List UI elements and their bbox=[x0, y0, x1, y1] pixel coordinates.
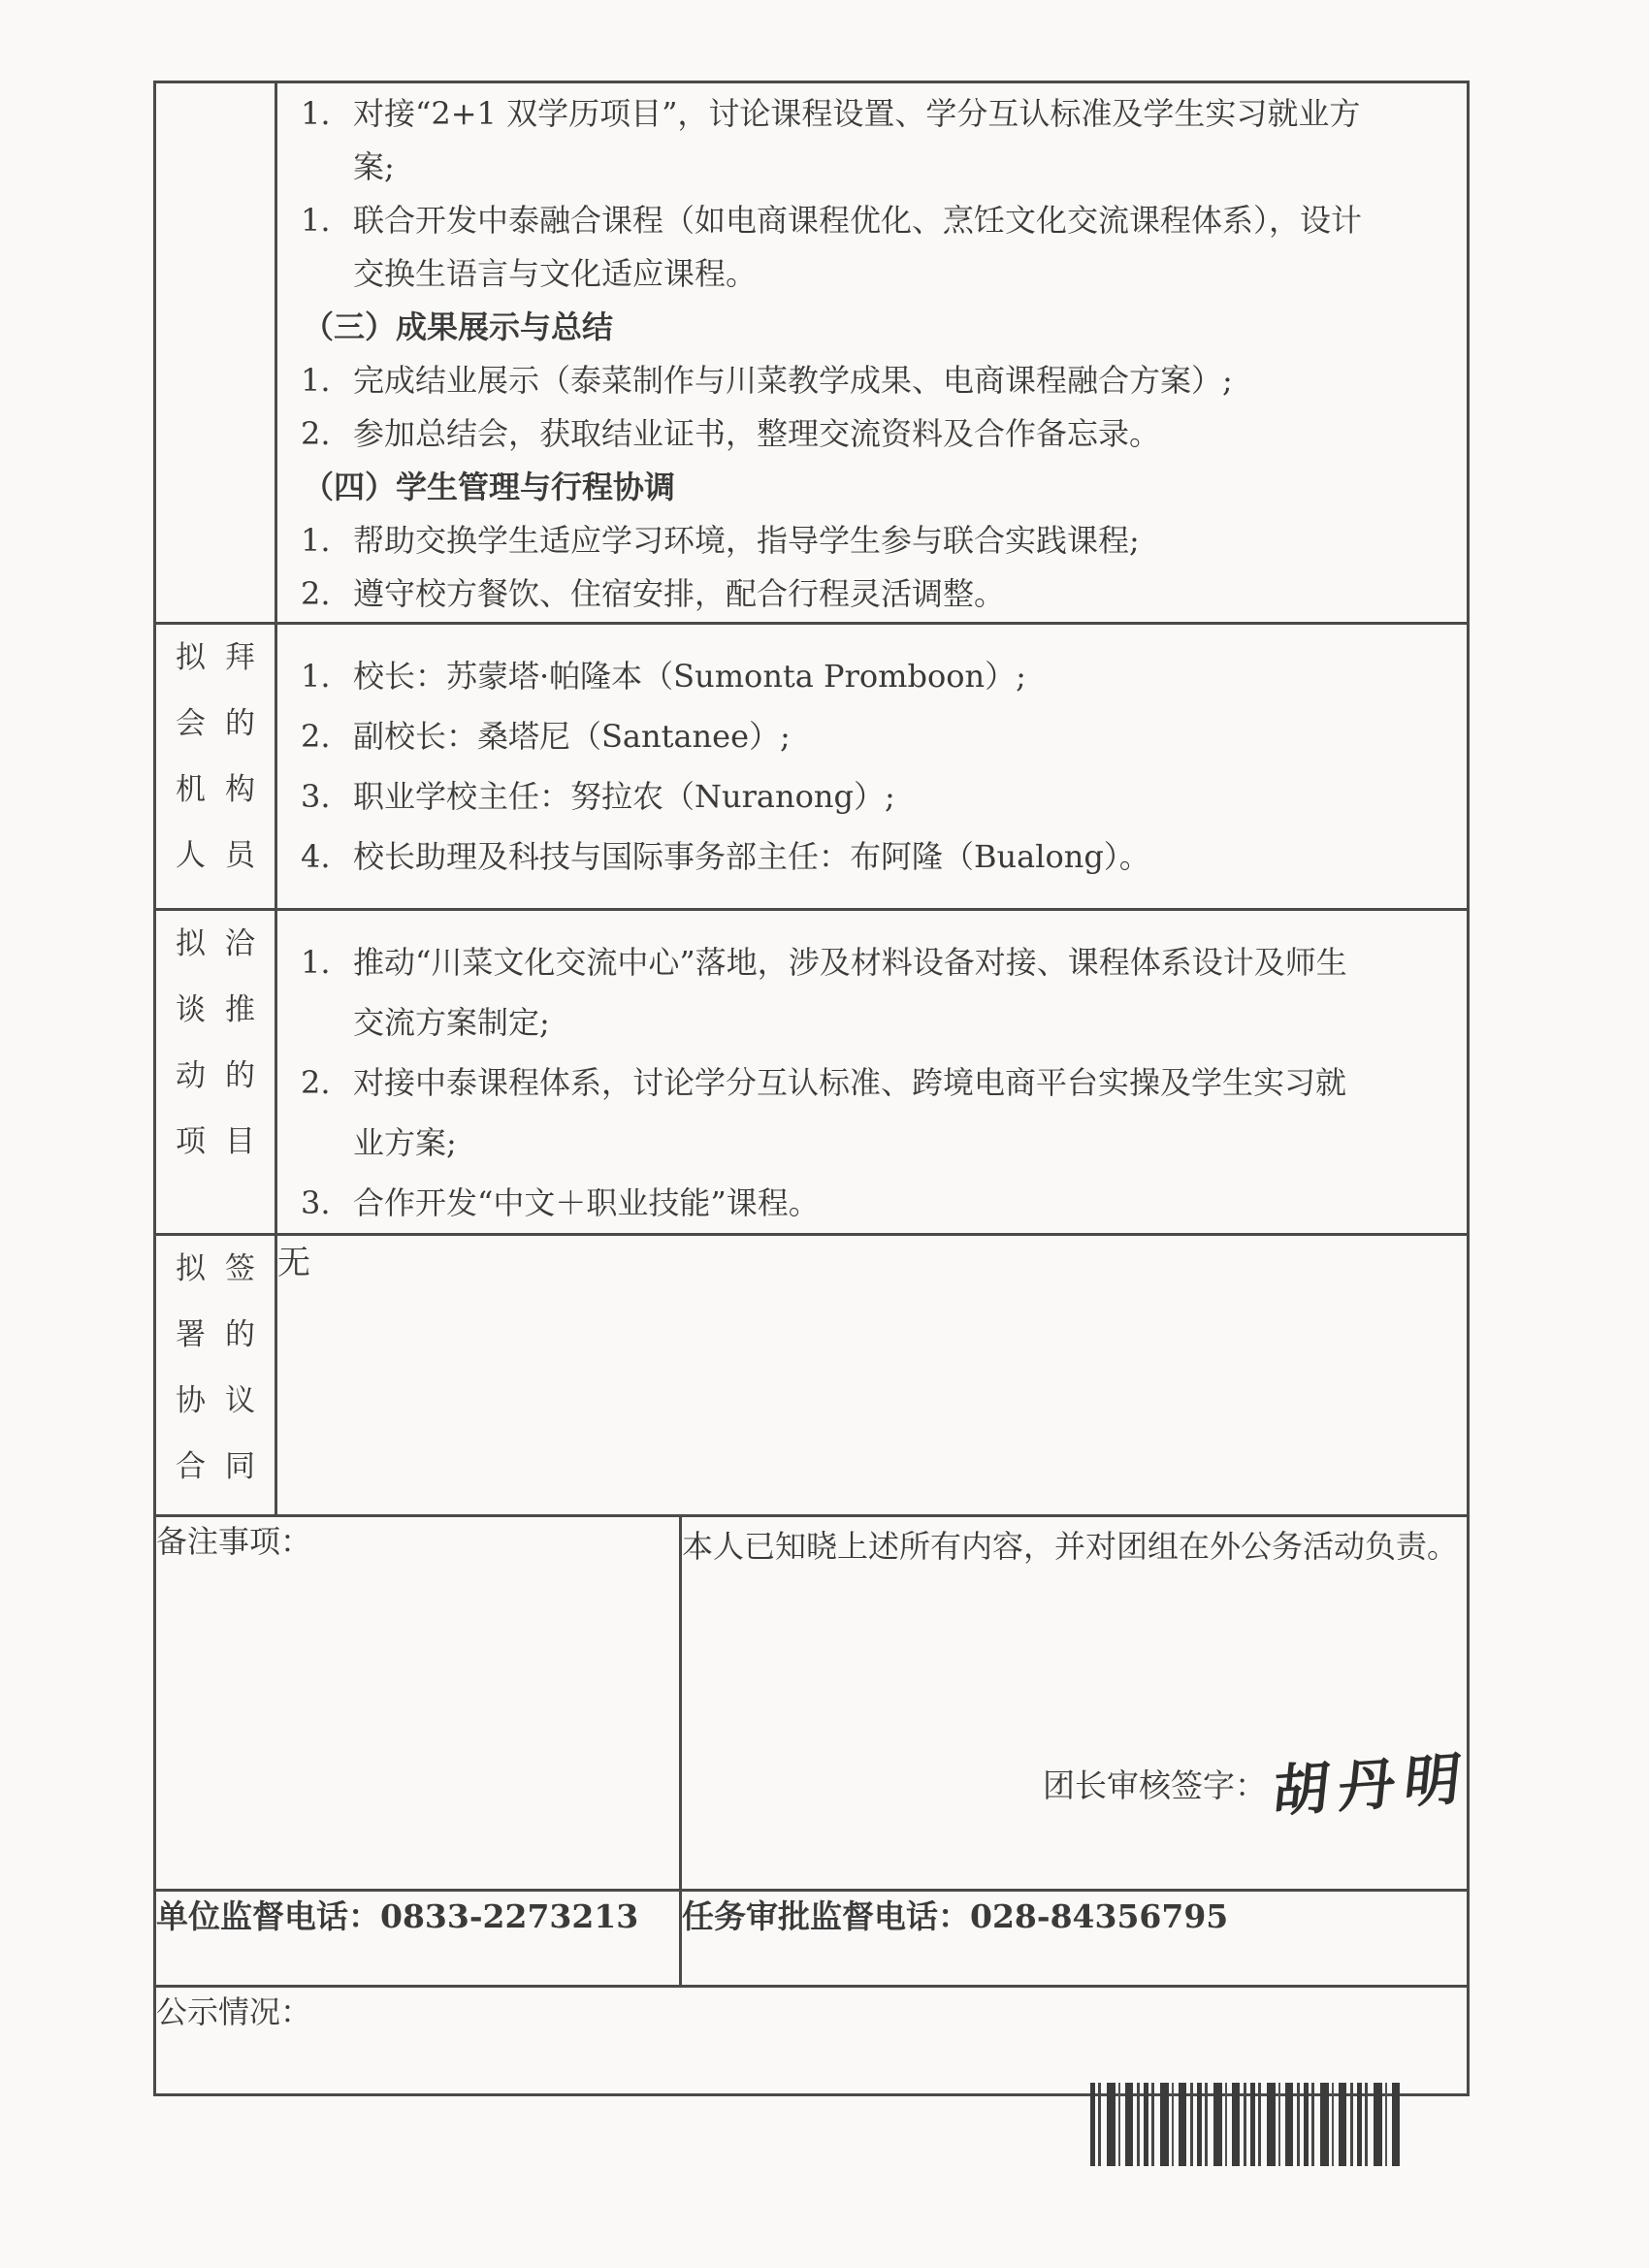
section-header: （四）学生管理与行程协调 bbox=[277, 461, 1370, 514]
item-number: 4. bbox=[301, 826, 331, 887]
approval-form-table: 1. 对接“2+1 双学历项目”，讨论课程设置、学分互认标准及学生实习就业方案;… bbox=[153, 81, 1470, 2096]
handwritten-signature: 胡丹明 bbox=[1270, 1749, 1473, 1822]
item-text: 校长：苏蒙塔·帕隆本（Sumonta Promboon）; bbox=[353, 658, 1026, 695]
remarks-label: 备注事项： bbox=[156, 1523, 311, 1560]
projects-content-cell: 1. 推动“川菜文化交流中心”落地，涉及材料设备对接、课程体系设计及师生交流方案… bbox=[276, 910, 1469, 1235]
item-text: 推动“川菜文化交流中心”落地，涉及材料设备对接、课程体系设计及师生交流方案制定; bbox=[353, 944, 1347, 1041]
row-itinerary: 1. 对接“2+1 双学历项目”，讨论课程设置、学分互认标准及学生实习就业方案;… bbox=[155, 82, 1469, 624]
item-text: 完成结业展示（泰菜制作与川菜教学成果、电商课程融合方案）; bbox=[353, 362, 1233, 399]
row-label-line: 机构 bbox=[156, 757, 275, 823]
item-number: 2. bbox=[301, 706, 331, 766]
list-item: 1. 帮助交换学生适应学习环境，指导学生参与联合实践课程; bbox=[277, 514, 1370, 567]
item-number: 1. bbox=[301, 87, 331, 141]
scanned-approval-form-page: 1. 对接“2+1 双学历项目”，讨论课程设置、学分互认标准及学生实习就业方案;… bbox=[0, 0, 1649, 2268]
list-item: 2. 副校长：桑塔尼（Santanee）; bbox=[277, 706, 1370, 766]
row-label-line: 合同 bbox=[156, 1434, 275, 1500]
row-visit: 拟拜 会的 机构 人员 1. 校长：苏蒙塔·帕隆本（Sumonta Prombo… bbox=[155, 624, 1469, 910]
row-label-line: 拟洽 bbox=[156, 911, 275, 977]
item-number: 1. bbox=[301, 646, 331, 706]
publicity-cell: 公示情况： bbox=[155, 1987, 1469, 2095]
list-item: 1. 校长：苏蒙塔·帕隆本（Sumonta Promboon）; bbox=[277, 646, 1370, 706]
remarks-label-cell: 备注事项： bbox=[155, 1516, 681, 1891]
unit-phone-number: 0833-2273213 bbox=[380, 1897, 638, 1935]
item-text: 对接中泰课程体系，讨论学分互认标准、跨境电商平台实操及学生实习就业方案; bbox=[353, 1064, 1346, 1161]
list-item: 3. 职业学校主任：努拉农（Nuranong）; bbox=[277, 766, 1370, 826]
item-text: 联合开发中泰融合课程（如电商课程优化、烹饪文化交流课程体系），设计交换生语言与文… bbox=[353, 202, 1362, 292]
projects-list: 1. 推动“川菜文化交流中心”落地，涉及材料设备对接、课程体系设计及师生交流方案… bbox=[277, 911, 1467, 1233]
visit-content-cell: 1. 校长：苏蒙塔·帕隆本（Sumonta Promboon）; 2. 副校长：… bbox=[276, 624, 1469, 910]
list-item: 2. 遵守校方餐饮、住宿安排，配合行程灵活调整。 bbox=[277, 567, 1370, 621]
row-publicity: 公示情况： bbox=[155, 1987, 1469, 2095]
projects-label-cell: 拟洽 谈推 动的 项目 bbox=[155, 910, 276, 1235]
item-text: 遵守校方餐饮、住宿安排，配合行程灵活调整。 bbox=[353, 575, 1005, 612]
row-label-line: 会的 bbox=[156, 691, 275, 757]
item-number: 1. bbox=[301, 194, 331, 247]
row-label-line: 拟拜 bbox=[156, 625, 275, 691]
itinerary-list: 1. 对接“2+1 双学历项目”，讨论课程设置、学分互认标准及学生实习就业方案;… bbox=[277, 83, 1467, 621]
item-text: 对接“2+1 双学历项目”，讨论课程设置、学分互认标准及学生实习就业方案; bbox=[353, 95, 1360, 185]
task-phone-number: 028-84356795 bbox=[970, 1897, 1228, 1935]
row-label-line: 协议 bbox=[156, 1368, 275, 1434]
section-header: （三）成果展示与总结 bbox=[277, 301, 1370, 354]
itinerary-label-cell-empty bbox=[155, 82, 276, 624]
row-label-line: 人员 bbox=[156, 823, 275, 889]
item-number: 1. bbox=[301, 514, 331, 567]
visit-label-cell: 拟拜 会的 机构 人员 bbox=[155, 624, 276, 910]
publicity-label: 公示情况： bbox=[156, 1993, 311, 2030]
row-label-line: 谈推 bbox=[156, 977, 275, 1043]
item-text: 合作开发“中文＋职业技能”课程。 bbox=[353, 1184, 820, 1221]
row-phones: 单位监督电话：0833-2273213 任务审批监督电话：028-8435679… bbox=[155, 1891, 1469, 1987]
item-text: 参加总结会，获取结业证书，整理交流资料及合作备忘录。 bbox=[353, 415, 1160, 452]
list-item: 3. 合作开发“中文＋职业技能”课程。 bbox=[277, 1173, 1370, 1233]
item-text: 帮助交换学生适应学习环境，指导学生参与联合实践课程; bbox=[353, 522, 1140, 559]
task-phone-cell: 任务审批监督电话：028-84356795 bbox=[681, 1891, 1469, 1987]
row-label-line: 动的 bbox=[156, 1043, 275, 1109]
task-phone-label: 任务审批监督电话： bbox=[682, 1897, 970, 1935]
unit-phone-cell: 单位监督电话：0833-2273213 bbox=[155, 1891, 681, 1987]
row-agreements: 拟签 署的 协议 合同 无 bbox=[155, 1235, 1469, 1516]
item-number: 3. bbox=[301, 766, 331, 826]
barcode bbox=[1090, 2083, 1403, 2166]
list-item: 2. 参加总结会，获取结业证书，整理交流资料及合作备忘录。 bbox=[277, 407, 1370, 461]
agreements-none-text: 无 bbox=[277, 1244, 310, 1282]
list-item: 2. 对接中泰课程体系，讨论学分互认标准、跨境电商平台实操及学生实习就业方案; bbox=[277, 1053, 1370, 1173]
agreements-label-cell: 拟签 署的 协议 合同 bbox=[155, 1235, 276, 1516]
item-number: 3. bbox=[301, 1173, 331, 1233]
list-item: 1. 对接“2+1 双学历项目”，讨论课程设置、学分互认标准及学生实习就业方案; bbox=[277, 87, 1370, 194]
leader-sign-label: 团长审核签字： bbox=[1043, 1766, 1267, 1804]
item-text: 校长助理及科技与国际事务部主任：布阿隆（Bualong）。 bbox=[353, 838, 1150, 875]
visit-list: 1. 校长：苏蒙塔·帕隆本（Sumonta Promboon）; 2. 副校长：… bbox=[277, 625, 1467, 887]
item-text: 副校长：桑塔尼（Santanee）; bbox=[353, 718, 791, 755]
agreements-content-cell: 无 bbox=[276, 1235, 1469, 1516]
declaration-text: 本人已知晓上述所有内容，并对团组在外公务活动负责。 bbox=[682, 1528, 1458, 1565]
leader-sign-row: 团长审核签字：胡丹明 bbox=[1043, 1748, 1471, 1815]
declaration-cell: 本人已知晓上述所有内容，并对团组在外公务活动负责。 团长审核签字：胡丹明 bbox=[681, 1516, 1469, 1891]
item-text: 职业学校主任：努拉农（Nuranong）; bbox=[353, 778, 895, 815]
item-number: 2. bbox=[301, 567, 331, 621]
row-label-line: 项目 bbox=[156, 1109, 275, 1175]
list-item: 1. 推动“川菜文化交流中心”落地，涉及材料设备对接、课程体系设计及师生交流方案… bbox=[277, 932, 1370, 1053]
list-item: 1. 联合开发中泰融合课程（如电商课程优化、烹饪文化交流课程体系），设计交换生语… bbox=[277, 194, 1370, 301]
unit-phone-label: 单位监督电话： bbox=[156, 1897, 380, 1935]
item-number: 2. bbox=[301, 407, 331, 461]
item-number: 2. bbox=[301, 1053, 331, 1113]
list-item: 4. 校长助理及科技与国际事务部主任：布阿隆（Bualong）。 bbox=[277, 826, 1370, 887]
row-remarks: 备注事项： 本人已知晓上述所有内容，并对团组在外公务活动负责。 团长审核签字：胡… bbox=[155, 1516, 1469, 1891]
list-item: 1. 完成结业展示（泰菜制作与川菜教学成果、电商课程融合方案）; bbox=[277, 354, 1370, 407]
item-number: 1. bbox=[301, 932, 331, 992]
row-label-line: 拟签 bbox=[156, 1236, 275, 1302]
item-number: 1. bbox=[301, 354, 331, 407]
row-projects: 拟洽 谈推 动的 项目 1. 推动“川菜文化交流中心”落地，涉及材料设备对接、课… bbox=[155, 910, 1469, 1235]
row-label-line: 署的 bbox=[156, 1302, 275, 1368]
itinerary-content-cell: 1. 对接“2+1 双学历项目”，讨论课程设置、学分互认标准及学生实习就业方案;… bbox=[276, 82, 1469, 624]
